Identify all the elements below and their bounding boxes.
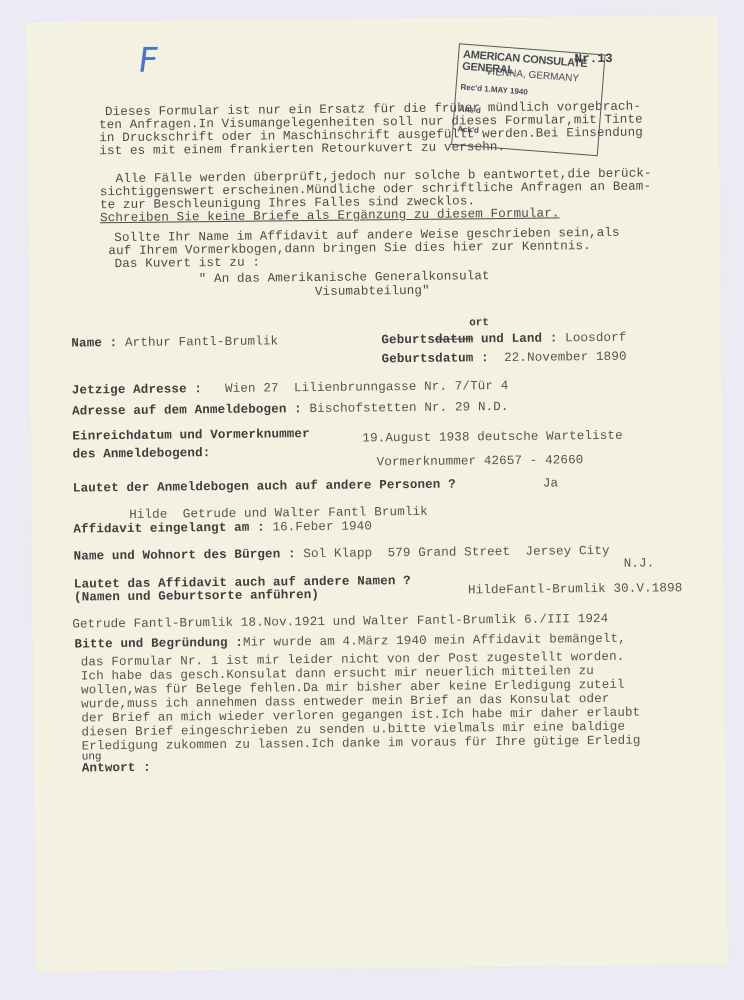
name-field: Name : Arthur Fantl-Brumlik [71, 334, 278, 351]
registration-address-field: Adresse auf dem Anmeldebogen : Bischofst… [72, 400, 509, 420]
registration-address-value: Bischofstetten Nr. 29 N.D. [309, 400, 508, 416]
current-address-label: Jetzige Adresse : [72, 382, 202, 397]
submission-value-line1: 19.August 1938 deutsche Warteliste [362, 429, 623, 447]
registration-address-label: Adresse auf dem Anmeldebogen : [72, 402, 302, 418]
affidavit-received-label: Affidavit eingelangt am : [73, 521, 265, 537]
visa-inquiry-form: F Nr.13 AMERICAN CONSULATE GENERAL VIENN… [26, 15, 728, 972]
birthdate-field: Geburtsdatum : 22.November 1890 [381, 350, 626, 368]
answer-label: Antwort : [82, 761, 151, 777]
current-address-field: Jetzige Adresse : Wien 27 Lilienbrunngas… [72, 379, 509, 399]
affidavit-received-field: Affidavit eingelangt am : 16.Feber 1940 [73, 519, 372, 537]
stamp-received: Rec'd 1.MAY 1940 [460, 83, 528, 97]
sponsor-label: Name und Wohnort des Bürgen : [74, 547, 296, 563]
handwritten-mark: F [136, 41, 161, 81]
name-value: Arthur Fantl-Brumlik [125, 334, 278, 350]
request-field: Bitte und Begründung :Mir wurde am 4.Mär… [74, 632, 625, 653]
instructions-para3-line3: Das Kuvert ist zu : [114, 256, 260, 273]
birthplace-field: Geburtsdatum und Land : Loosdorf [381, 331, 626, 349]
submission-label-line2: des Anmeldebogend: [72, 446, 210, 462]
request-label: Bitte und Begründung : [74, 636, 243, 652]
other-persons-value: Ja [543, 476, 558, 491]
other-persons-label: Lautet der Anmeldebogen auch auf andere … [73, 478, 456, 497]
birthdate-label: Geburtsdatum : [381, 351, 488, 366]
birthplace-label-correction: ort [469, 317, 489, 329]
instructions-para1-line4: ist es mit einem frankierten Retourkuver… [99, 140, 505, 159]
affidavit-names-label-line2: (Namen und Geburtsorte anführen) [74, 588, 319, 606]
envelope-address-line2: Visumabteilung" [315, 284, 430, 300]
struck-label: datum [435, 332, 473, 346]
affidavit-names-value-line2: Getrude Fantl-Brumlik 18.Nov.1921 und Wa… [72, 612, 608, 633]
sponsor-field: Name und Wohnort des Bürgen : Sol Klapp … [74, 544, 610, 565]
name-label: Name : [71, 336, 117, 350]
affidavit-received-value: 16.Feber 1940 [272, 519, 372, 534]
current-address-value: Wien 27 Lilienbrunngasse Nr. 7/Tür 4 [225, 379, 508, 396]
sponsor-value-line2: N.J. [624, 556, 655, 571]
birthdate-value: 22.November 1890 [504, 350, 627, 365]
birthplace-value: Loosdorf [565, 331, 626, 346]
affidavit-names-value-line1: HildeFantl-Brumlik 30.V.1898 [468, 581, 683, 598]
sponsor-value: Sol Klapp 579 Grand Street Jersey City [303, 544, 609, 561]
paper-fold-line [29, 315, 721, 324]
request-first-line: Mir wurde am 4.März 1940 mein Affidavit … [243, 632, 626, 650]
submission-label-line1: Einreichdatum und Vormerknummer [72, 427, 310, 444]
submission-value-line2: Vormerknummer 42657 - 42660 [377, 453, 584, 470]
